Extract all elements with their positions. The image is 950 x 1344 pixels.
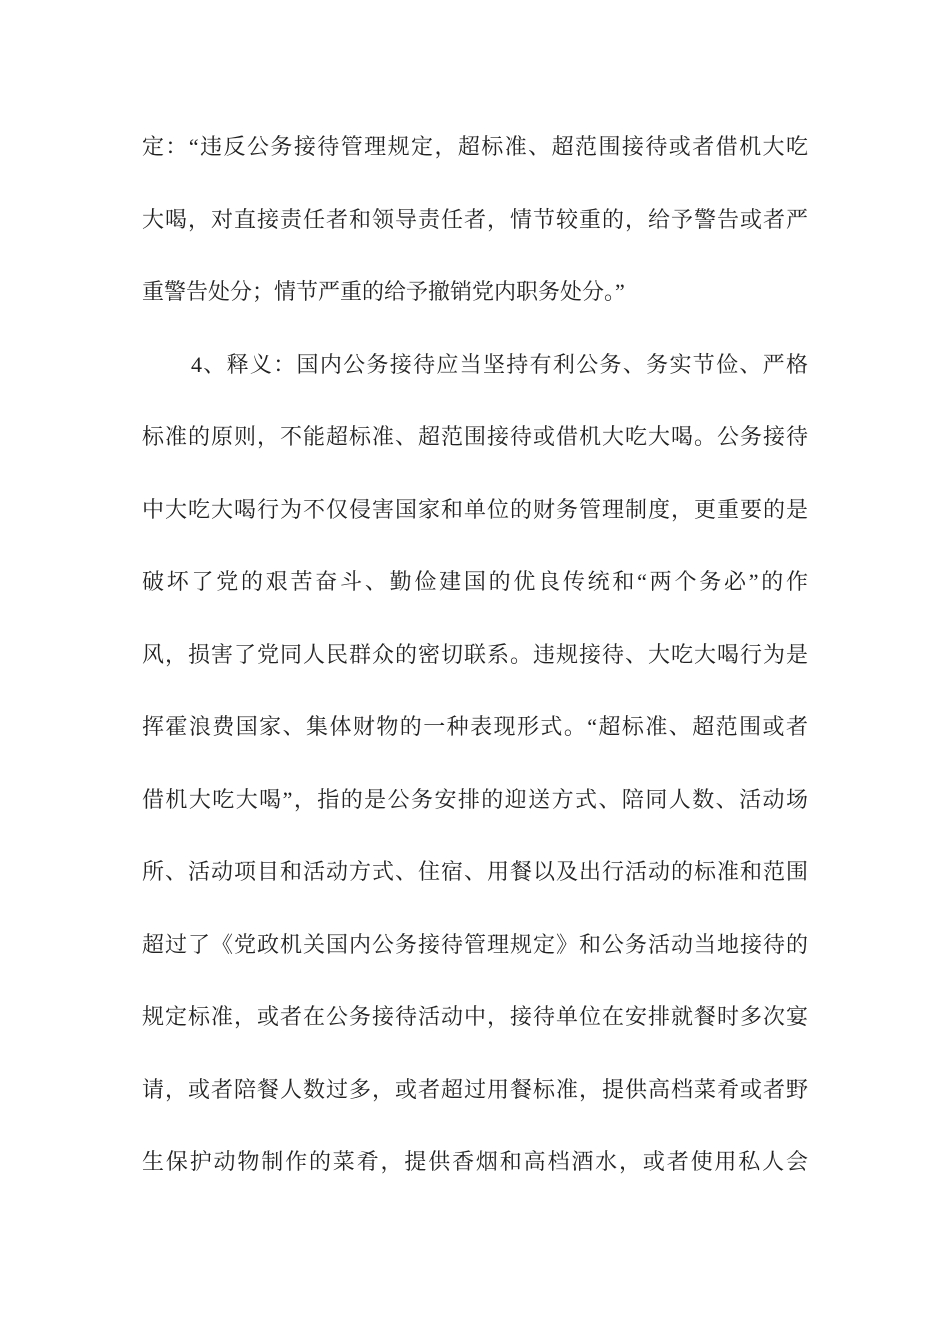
text-line: 规定标准，或者在公务接待活动中，接待单位在安排就餐时多次宴 xyxy=(142,981,808,1054)
document-page: 定：“违反公务接待管理规定，超标准、超范围接待或者借机大吃 大喝，对直接责任者和… xyxy=(0,0,950,1344)
text-line: 标准的原则，不能超标准、超范围接待或借机大吃大喝。公务接待 xyxy=(142,401,808,474)
text-line: 生保护动物制作的菜肴，提供香烟和高档酒水，或者使用私人会 xyxy=(142,1126,808,1199)
text-line: 超过了《党政机关国内公务接待管理规定》和公务活动当地接待的 xyxy=(142,909,808,982)
text-line: 所、活动项目和活动方式、住宿、用餐以及出行活动的标准和范围 xyxy=(142,836,808,909)
text-line: 中大吃大喝行为不仅侵害国家和单位的财务管理制度，更重要的是 xyxy=(142,474,808,547)
text-line: 破坏了党的艰苦奋斗、勤俭建国的优良传统和“两个务必”的作 xyxy=(142,546,808,619)
text-line: 4、释义：国内公务接待应当坚持有利公务、务实节俭、严格 xyxy=(142,329,808,402)
text-line: 定：“违反公务接待管理规定，超标准、超范围接待或者借机大吃 xyxy=(142,111,808,184)
text-line: 挥霍浪费国家、集体财物的一种表现形式。“超标准、超范围或者 xyxy=(142,691,808,764)
text-line: 借机大吃大喝”，指的是公务安排的迎送方式、陪同人数、活动场 xyxy=(142,764,808,837)
text-line: 请，或者陪餐人数过多，或者超过用餐标准，提供高档菜肴或者野 xyxy=(142,1054,808,1127)
text-line: 大喝，对直接责任者和领导责任者，情节较重的，给予警告或者严 xyxy=(142,184,808,257)
text-line: 重警告处分；情节严重的给予撤销党内职务处分。” xyxy=(142,256,808,329)
text-line: 风，损害了党同人民群众的密切联系。违规接待、大吃大喝行为是 xyxy=(142,619,808,692)
body-text: 定：“违反公务接待管理规定，超标准、超范围接待或者借机大吃 大喝，对直接责任者和… xyxy=(142,111,808,1199)
